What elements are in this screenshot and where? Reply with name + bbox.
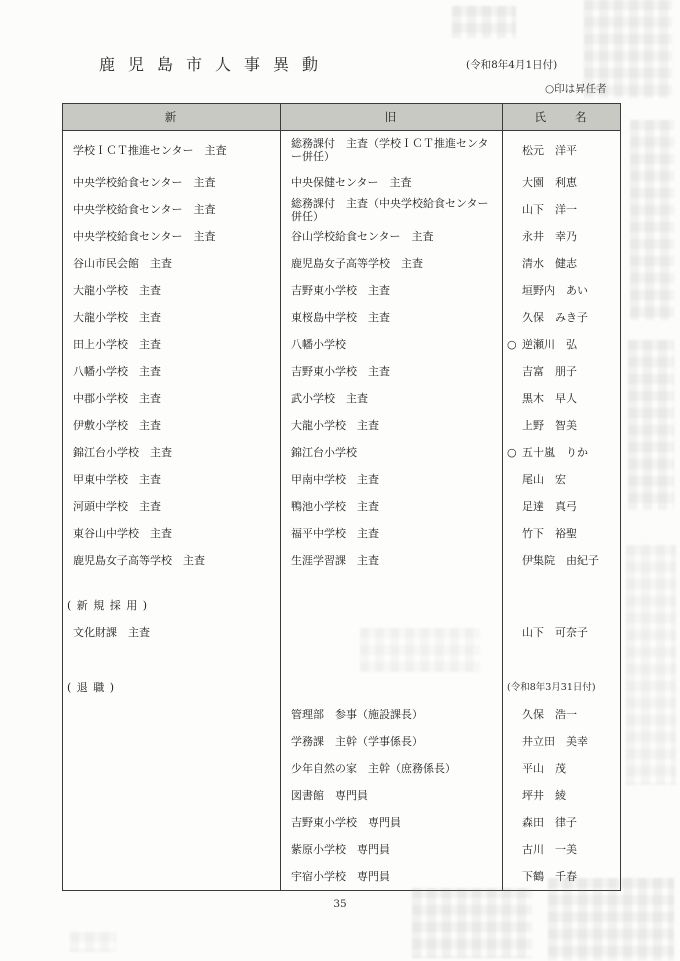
old-position-cell: 総務課付 主査（学校ＩＣＴ推進センター併任） xyxy=(281,131,503,169)
person-name: 尾山 宏 xyxy=(522,473,566,486)
old-position-cell: 福平中学校 主査 xyxy=(281,520,503,547)
new-position-cell: 中央学校給食センター 主査 xyxy=(63,169,281,196)
name-cell: 山下 可奈子 xyxy=(503,619,620,646)
person-name: 永井 幸乃 xyxy=(522,230,577,243)
table-row: 宇宿小学校 専門員下鶴 千春 xyxy=(63,863,620,890)
person-name: 坪井 綾 xyxy=(522,789,566,802)
new-position-cell: 大龍小学校 主査 xyxy=(63,304,281,331)
page-title: 鹿児島市人事異動 xyxy=(99,52,331,75)
old-position-cell: 鴨池小学校 主査 xyxy=(281,493,503,520)
table-row: 管理部 参事（施設課長）久保 浩一 xyxy=(63,701,620,728)
old-position-cell: 少年自然の家 主幹（庶務係長） xyxy=(281,755,503,782)
person-name: 五十嵐 りか xyxy=(522,446,588,459)
name-cell: 清水 健志 xyxy=(503,250,620,277)
table-body: 学校ＩＣＴ推進センター 主査総務課付 主査（学校ＩＣＴ推進センター併任）松元 洋… xyxy=(63,131,620,890)
new-position-cell: 河頭中学校 主査 xyxy=(63,493,281,520)
person-name: 山下 洋一 xyxy=(522,203,577,216)
new-position-cell: 学校ＩＣＴ推進センター 主査 xyxy=(63,131,281,169)
new-position-cell xyxy=(63,646,281,674)
old-position-cell: 総務課付 主査（中央学校給食センター併任） xyxy=(281,196,503,223)
person-name: 上野 智美 xyxy=(522,419,577,432)
name-cell: 坪井 綾 xyxy=(503,782,620,809)
bleedthrough-artifact xyxy=(70,932,116,952)
name-cell: 垣野内 あい xyxy=(503,277,620,304)
new-position-cell: 東谷山中学校 主査 xyxy=(63,520,281,547)
section-label: ( 退 職 ) xyxy=(67,681,115,694)
person-name: 久保 浩一 xyxy=(522,708,577,721)
table-row: 八幡小学校 主査吉野東小学校 主査吉富 朋子 xyxy=(63,358,620,385)
spacer-row xyxy=(63,646,620,674)
table-row: 学務課 主幹（学事係長）井立田 美幸 xyxy=(63,728,620,755)
new-position-cell: ( 退 職 ) xyxy=(63,674,281,701)
new-position-cell xyxy=(63,574,281,592)
old-position-cell: 谷山学校給食センター 主査 xyxy=(281,223,503,250)
name-cell: 大園 利恵 xyxy=(503,169,620,196)
person-name: 吉富 朋子 xyxy=(522,365,577,378)
column-header-name: 氏 名 xyxy=(503,104,620,130)
person-name: 垣野内 あい xyxy=(522,284,588,297)
person-name: 松元 洋平 xyxy=(522,144,577,157)
table-row: 鹿児島女子高等学校 主査生涯学習課 主査伊集院 由紀子 xyxy=(63,547,620,574)
name-cell: 尾山 宏 xyxy=(503,466,620,493)
table-row: 錦江台小学校 主査錦江台小学校○五十嵐 りか xyxy=(63,439,620,466)
name-cell xyxy=(503,574,620,592)
table-row: 甲東中学校 主査甲南中学校 主査尾山 宏 xyxy=(63,466,620,493)
section-row: ( 退 職 )(令和8年3月31日付) xyxy=(63,674,620,701)
old-position-cell xyxy=(281,674,503,701)
new-position-cell xyxy=(63,728,281,755)
name-cell: 古川 一美 xyxy=(503,836,620,863)
table-row: 文化財課 主査山下 可奈子 xyxy=(63,619,620,646)
person-name: 大園 利恵 xyxy=(522,176,577,189)
old-position-cell: 生涯学習課 主査 xyxy=(281,547,503,574)
name-cell: 山下 洋一 xyxy=(503,196,620,223)
new-position-cell: 大龍小学校 主査 xyxy=(63,277,281,304)
table-row: 紫原小学校 専門員古川 一美 xyxy=(63,836,620,863)
person-name: 伊集院 由紀子 xyxy=(522,554,599,567)
name-cell xyxy=(503,592,620,619)
name-cell: 黒木 早人 xyxy=(503,385,620,412)
name-cell: 上野 智美 xyxy=(503,412,620,439)
name-cell: 平山 茂 xyxy=(503,755,620,782)
new-position-cell xyxy=(63,782,281,809)
new-position-cell: 中郡小学校 主査 xyxy=(63,385,281,412)
name-cell: 永井 幸乃 xyxy=(503,223,620,250)
person-name: 古川 一美 xyxy=(522,843,577,856)
new-position-cell: 谷山市民会館 主査 xyxy=(63,250,281,277)
new-position-cell: 八幡小学校 主査 xyxy=(63,358,281,385)
name-cell: 足達 真弓 xyxy=(503,493,620,520)
old-position-cell: 八幡小学校 xyxy=(281,331,503,358)
section-row: ( 新 規 採 用 ) xyxy=(63,592,620,619)
name-cell: 井立田 美幸 xyxy=(503,728,620,755)
new-position-cell xyxy=(63,863,281,890)
old-position-cell: 吉野東小学校 専門員 xyxy=(281,809,503,836)
promotion-circle: ○ xyxy=(507,338,522,351)
table-row: 伊敷小学校 主査大龍小学校 主査上野 智美 xyxy=(63,412,620,439)
new-position-cell: 鹿児島女子高等学校 主査 xyxy=(63,547,281,574)
new-position-cell: 甲東中学校 主査 xyxy=(63,466,281,493)
promotion-circle: ○ xyxy=(507,446,522,459)
person-name: 清水 健志 xyxy=(522,257,577,270)
new-position-cell: 錦江台小学校 主査 xyxy=(63,439,281,466)
bleedthrough-artifact xyxy=(630,120,674,320)
person-name: 竹下 裕聖 xyxy=(522,527,577,540)
bleedthrough-artifact xyxy=(452,6,516,38)
name-cell: 竹下 裕聖 xyxy=(503,520,620,547)
table-row: 東谷山中学校 主査福平中学校 主査竹下 裕聖 xyxy=(63,520,620,547)
new-position-cell xyxy=(63,836,281,863)
person-name: 平山 茂 xyxy=(522,762,566,775)
old-position-cell: 吉野東小学校 主査 xyxy=(281,277,503,304)
spacer-row xyxy=(63,574,620,592)
old-position-cell: 宇宿小学校 専門員 xyxy=(281,863,503,890)
person-name: 下鶴 千春 xyxy=(522,870,577,883)
page-number: 35 xyxy=(0,898,680,910)
bleedthrough-artifact xyxy=(628,340,674,510)
person-name: 逆瀬川 弘 xyxy=(522,338,577,351)
new-position-cell: 文化財課 主査 xyxy=(63,619,281,646)
new-position-cell: 伊敷小学校 主査 xyxy=(63,412,281,439)
section-label: ( 新 規 採 用 ) xyxy=(67,599,148,612)
old-position-cell: 紫原小学校 専門員 xyxy=(281,836,503,863)
name-cell: 久保 浩一 xyxy=(503,701,620,728)
old-position-cell: 中央保健センター 主査 xyxy=(281,169,503,196)
new-position-cell xyxy=(63,701,281,728)
promotion-legend: ○印は昇任者 xyxy=(545,81,607,96)
name-cell: (令和8年3月31日付) xyxy=(503,674,620,701)
table-row: 吉野東小学校 専門員森田 律子 xyxy=(63,809,620,836)
old-position-cell xyxy=(281,619,503,646)
name-cell: 伊集院 由紀子 xyxy=(503,547,620,574)
person-name: 黒木 早人 xyxy=(522,392,577,405)
new-position-cell xyxy=(63,755,281,782)
old-position-cell: 管理部 参事（施設課長） xyxy=(281,701,503,728)
table-row: 中央学校給食センター 主査総務課付 主査（中央学校給食センター併任）山下 洋一 xyxy=(63,196,620,223)
table-row: 図書館 専門員坪井 綾 xyxy=(63,782,620,809)
column-header-new: 新 xyxy=(63,104,281,130)
name-cell: ○逆瀬川 弘 xyxy=(503,331,620,358)
table-row: 学校ＩＣＴ推進センター 主査総務課付 主査（学校ＩＣＴ推進センター併任）松元 洋… xyxy=(63,131,620,169)
person-name: 足達 真弓 xyxy=(522,500,577,513)
name-cell: 吉富 朋子 xyxy=(503,358,620,385)
person-name: 井立田 美幸 xyxy=(522,735,588,748)
old-position-cell: 東桜島中学校 主査 xyxy=(281,304,503,331)
table-row: 大龍小学校 主査吉野東小学校 主査垣野内 あい xyxy=(63,277,620,304)
old-position-cell: 学務課 主幹（学事係長） xyxy=(281,728,503,755)
table-header-row: 新 旧 氏 名 xyxy=(63,104,620,131)
table-row: 河頭中学校 主査鴨池小学校 主査足達 真弓 xyxy=(63,493,620,520)
table-row: 中央学校給食センター 主査中央保健センター 主査大園 利恵 xyxy=(63,169,620,196)
old-position-cell xyxy=(281,646,503,674)
new-position-cell: 中央学校給食センター 主査 xyxy=(63,196,281,223)
document-page: 鹿児島市人事異動 (令和8年4月1日付) ○印は昇任者 新 旧 氏 名 学校ＩＣ… xyxy=(0,0,680,961)
old-position-cell: 大龍小学校 主査 xyxy=(281,412,503,439)
old-position-cell: 図書館 専門員 xyxy=(281,782,503,809)
person-name: 久保 みき子 xyxy=(522,311,588,324)
new-position-cell: ( 新 規 採 用 ) xyxy=(63,592,281,619)
name-cell: 下鶴 千春 xyxy=(503,863,620,890)
new-position-cell: 田上小学校 主査 xyxy=(63,331,281,358)
name-cell xyxy=(503,646,620,674)
new-position-cell xyxy=(63,809,281,836)
old-position-cell: 鹿児島女子高等学校 主査 xyxy=(281,250,503,277)
old-position-cell xyxy=(281,592,503,619)
table-row: 田上小学校 主査八幡小学校○逆瀬川 弘 xyxy=(63,331,620,358)
personnel-table: 新 旧 氏 名 学校ＩＣＴ推進センター 主査総務課付 主査（学校ＩＣＴ推進センタ… xyxy=(62,103,621,891)
new-position-cell: 中央学校給食センター 主査 xyxy=(63,223,281,250)
name-cell: 森田 律子 xyxy=(503,809,620,836)
name-cell: 久保 みき子 xyxy=(503,304,620,331)
old-position-cell: 甲南中学校 主査 xyxy=(281,466,503,493)
table-row: 谷山市民会館 主査鹿児島女子高等学校 主査清水 健志 xyxy=(63,250,620,277)
table-row: 少年自然の家 主幹（庶務係長）平山 茂 xyxy=(63,755,620,782)
name-cell: 松元 洋平 xyxy=(503,131,620,169)
column-header-old: 旧 xyxy=(281,104,503,130)
old-position-cell: 武小学校 主査 xyxy=(281,385,503,412)
name-cell: ○五十嵐 りか xyxy=(503,439,620,466)
old-position-cell xyxy=(281,574,503,592)
person-name: 森田 律子 xyxy=(522,816,577,829)
table-row: 中郡小学校 主査武小学校 主査黒木 早人 xyxy=(63,385,620,412)
bleedthrough-artifact xyxy=(626,545,676,785)
table-row: 中央学校給食センター 主査谷山学校給食センター 主査永井 幸乃 xyxy=(63,223,620,250)
old-position-cell: 錦江台小学校 xyxy=(281,439,503,466)
old-position-cell: 吉野東小学校 主査 xyxy=(281,358,503,385)
table-row: 大龍小学校 主査東桜島中学校 主査久保 みき子 xyxy=(63,304,620,331)
person-name: 山下 可奈子 xyxy=(522,626,588,639)
effective-date-note: (令和8年4月1日付) xyxy=(466,57,557,72)
retirement-date-note: (令和8年3月31日付) xyxy=(507,681,596,694)
